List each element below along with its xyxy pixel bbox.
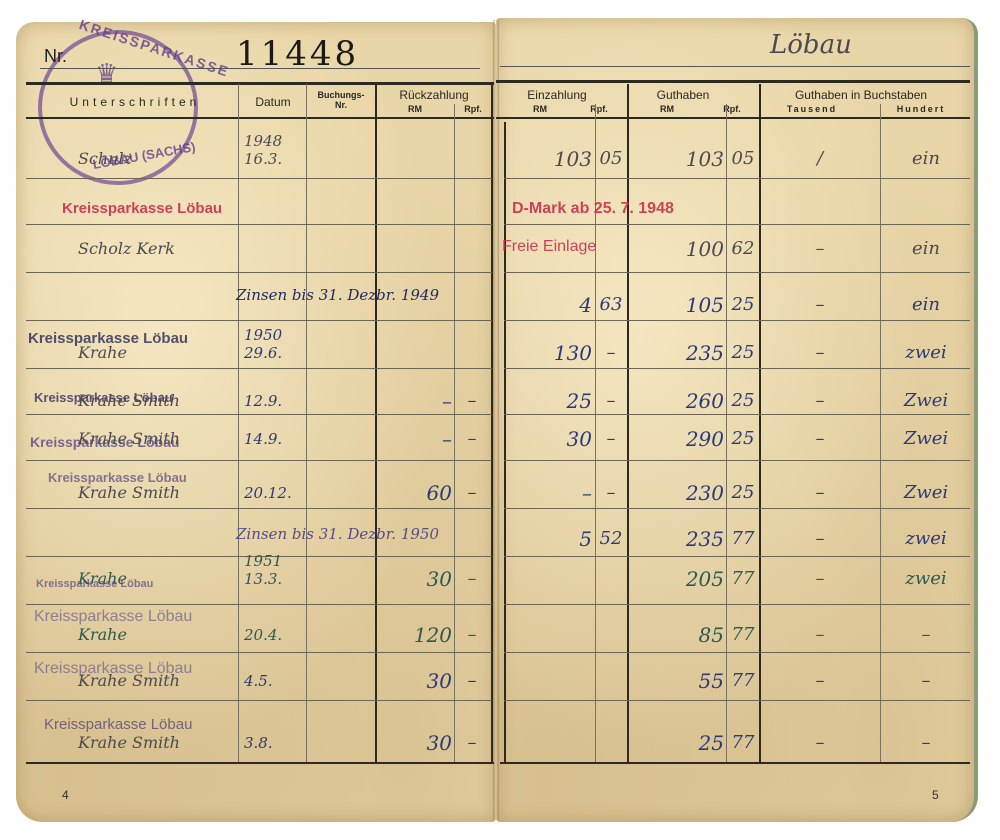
cell-guth-rpf: 77 [728, 734, 758, 752]
header-einz-rpf: Rpf. [582, 104, 616, 114]
cell-signature: Scholz Kerk [78, 240, 228, 258]
cell-guth-rpf: 25 [728, 392, 758, 410]
cell-einz-rm: – [506, 484, 592, 502]
row-line [504, 604, 970, 605]
stamp-freie-einlage: Freie Einlage [502, 238, 596, 256]
cell-rueck-rm: 120 [378, 626, 452, 644]
cell-date: 1951 13.3. [244, 552, 304, 588]
cell-einz-rm: 130 [506, 344, 592, 362]
cell-date: 14.9. [244, 430, 304, 448]
book-gutter [493, 20, 499, 820]
stamp-zinsen-1950: Zinsen bis 31. Dezbr. 1950 [236, 525, 439, 543]
cell-guth-rm: 103 [630, 150, 724, 168]
cell-hundert: Zwei [882, 430, 970, 448]
cell-einz-rpf: 63 [597, 296, 625, 314]
cell-tausend: – [762, 530, 878, 548]
stamp-bank-6: Kreissparkasse Löbau [34, 608, 192, 626]
row-line [26, 414, 492, 415]
cell-date: 20.4. [244, 626, 304, 644]
header-rueckzahlung: Rückzahlung [376, 88, 492, 102]
cell-guth-rm: 55 [630, 672, 724, 690]
cell-hundert: zwei [882, 344, 970, 362]
cell-date: 12.9. [244, 392, 304, 410]
cell-hundert: ein [882, 296, 970, 314]
cell-tausend: – [762, 672, 878, 690]
cell-guth-rpf: 77 [728, 672, 758, 690]
header-guth-rpf: Rpf. [716, 104, 748, 114]
cell-guth-rpf: 25 [728, 484, 758, 502]
cell-signature: Schulz [78, 150, 228, 168]
right-page [496, 18, 978, 822]
row-line [26, 604, 492, 605]
place-handwritten: Löbau [770, 30, 852, 60]
stamp-bank-red: Kreissparkasse Löbau [62, 200, 222, 217]
stamp-dmark: D-Mark ab 25. 7. 1948 [512, 200, 674, 218]
cell-guth-rm: 260 [630, 392, 724, 410]
row-line [26, 178, 492, 179]
cell-date: 20.12. [244, 484, 304, 502]
cell-hundert: zwei [882, 530, 970, 548]
col-line-rueck-rpf [454, 104, 455, 764]
cell-guth-rpf: 25 [728, 344, 758, 362]
header-rueck-rpf: Rpf. [454, 104, 492, 114]
header-buchungs-nr: Buchungs- Nr. [308, 90, 374, 110]
row-line [26, 368, 492, 369]
cell-date: 3.8. [244, 734, 304, 752]
cell-signature: Krahe Smith [78, 484, 228, 502]
cell-rueck-rpf: – [456, 626, 488, 644]
place-underline [500, 66, 970, 67]
cell-tausend: – [762, 240, 878, 258]
header-rueck-rm: RM [376, 104, 454, 114]
row-line [504, 414, 970, 415]
cell-hundert: – [882, 672, 970, 690]
cell-signature: Krahe Smith [78, 392, 228, 410]
cell-tausend: – [762, 626, 878, 644]
header-guth-rm: RM [618, 104, 716, 114]
header-top-rule-right [496, 80, 970, 83]
cell-rueck-rpf: – [456, 734, 488, 752]
number-label: Nr. [44, 46, 67, 67]
header-top-rule-left [26, 82, 494, 85]
cell-einz-rm: 103 [506, 150, 592, 168]
cell-einz-rpf: 52 [597, 530, 625, 548]
cell-signature: Krahe Smith [78, 672, 228, 690]
cell-guth-rpf: 25 [728, 430, 758, 448]
header-bottom-rule-right [496, 117, 970, 119]
cell-einz-rpf: – [597, 484, 625, 502]
col-line-datum [238, 84, 239, 764]
cell-hundert: Zwei [882, 392, 970, 410]
col-line-left-edge [491, 84, 493, 764]
cell-date: 1948 16.3. [244, 132, 304, 168]
cell-signature: Krahe Smith [78, 734, 228, 752]
row-line [26, 272, 492, 273]
cell-guth-rpf: 05 [728, 150, 758, 168]
page-number-left: 4 [62, 788, 69, 802]
row-line [26, 652, 492, 653]
row-line [26, 224, 492, 225]
cell-tausend: – [762, 430, 878, 448]
row-line [26, 320, 492, 321]
header-guthaben-buchstaben: Guthaben in Buchstaben [752, 88, 970, 102]
cell-einz-rpf: – [597, 430, 625, 448]
cell-guth-rm: 105 [630, 296, 724, 314]
cell-guth-rm: 25 [630, 734, 724, 752]
cell-date: 1950 29.6. [244, 326, 304, 362]
cell-signature: Krahe [78, 570, 228, 588]
cell-rueck-rpf: – [456, 392, 488, 410]
row-line [504, 652, 970, 653]
cell-guth-rpf: 62 [728, 240, 758, 258]
cell-einz-rm: 5 [506, 530, 592, 548]
row-line [26, 508, 492, 509]
cell-einz-rpf: – [597, 392, 625, 410]
page-number-right: 5 [932, 788, 939, 802]
cell-einz-rm: 4 [506, 296, 592, 314]
cell-guth-rm: 205 [630, 570, 724, 588]
header-einzahlung: Einzahlung [498, 88, 616, 102]
cell-guth-rm: 235 [630, 344, 724, 362]
cell-einz-rm: 30 [506, 430, 592, 448]
col-line-guth [627, 84, 629, 762]
cell-tausend: – [762, 296, 878, 314]
cell-rueck-rm: – [378, 430, 452, 448]
cell-rueck-rpf: – [456, 570, 488, 588]
row-line [26, 700, 492, 701]
row-line [504, 272, 970, 273]
cell-einz-rpf: – [597, 344, 625, 362]
cell-rueck-rm: 30 [378, 734, 452, 752]
stamp-bank-8: Kreissparkasse Löbau [44, 716, 192, 733]
cell-signature: Krahe [78, 344, 228, 362]
cell-rueck-rpf: – [456, 484, 488, 502]
header-datum: Datum [240, 95, 306, 109]
cell-guth-rpf: 77 [728, 570, 758, 588]
row-line [504, 368, 970, 369]
cell-guth-rm: 230 [630, 484, 724, 502]
col-line-rueck [375, 84, 377, 764]
cell-rueck-rpf: – [456, 430, 488, 448]
cell-date: 4.5. [244, 672, 304, 690]
header-hundert: Hundert [872, 104, 970, 114]
cell-tausend: / [762, 150, 878, 168]
cell-guth-rpf: 77 [728, 530, 758, 548]
cell-guth-rm: 85 [630, 626, 724, 644]
row-line [504, 508, 970, 509]
cell-hundert: Zwei [882, 484, 970, 502]
row-line [504, 178, 970, 179]
cell-einz-rm: 25 [506, 392, 592, 410]
cell-hundert: – [882, 626, 970, 644]
row-line [504, 700, 970, 701]
cell-guth-rpf: 25 [728, 296, 758, 314]
col-line-hundert [880, 104, 881, 762]
number-underline [40, 68, 480, 69]
cell-rueck-rpf: – [456, 672, 488, 690]
cell-signature: Krahe Smith [78, 430, 228, 448]
cell-tausend: – [762, 484, 878, 502]
col-line-guth-rpf [726, 104, 727, 762]
col-line-buchstaben [759, 84, 761, 762]
cell-hundert: ein [882, 240, 970, 258]
cell-guth-rm: 290 [630, 430, 724, 448]
cell-rueck-rm: – [378, 392, 452, 410]
header-einz-rm: RM [498, 104, 582, 114]
header-unterschriften: Unterschriften [40, 95, 230, 109]
cell-rueck-rm: 60 [378, 484, 452, 502]
cell-hundert: ein [882, 150, 970, 168]
cell-tausend: – [762, 344, 878, 362]
cell-hundert: – [882, 734, 970, 752]
cell-hundert: zwei [882, 570, 970, 588]
cell-tausend: – [762, 392, 878, 410]
cell-einz-rpf: 05 [597, 150, 625, 168]
cell-tausend: – [762, 570, 878, 588]
cell-rueck-rm: 30 [378, 672, 452, 690]
table-bottom-rule-right [500, 762, 970, 764]
cell-guth-rpf: 77 [728, 626, 758, 644]
row-line [504, 460, 970, 461]
cell-guth-rm: 100 [630, 240, 724, 258]
cell-tausend: – [762, 734, 878, 752]
row-line [26, 460, 492, 461]
row-line [504, 224, 970, 225]
cell-signature: Krahe [78, 626, 228, 644]
header-tausend: Tausend [752, 104, 872, 114]
col-line-buchungs [306, 84, 307, 764]
row-line [504, 320, 970, 321]
cell-rueck-rm: 30 [378, 570, 452, 588]
row-line [504, 556, 970, 557]
header-bottom-rule-left [26, 117, 494, 119]
table-bottom-rule-left [26, 762, 494, 764]
header-guthaben: Guthaben [618, 88, 748, 102]
stamp-zinsen-1949: Zinsen bis 31. Dezbr. 1949 [236, 286, 439, 304]
cell-guth-rm: 235 [630, 530, 724, 548]
